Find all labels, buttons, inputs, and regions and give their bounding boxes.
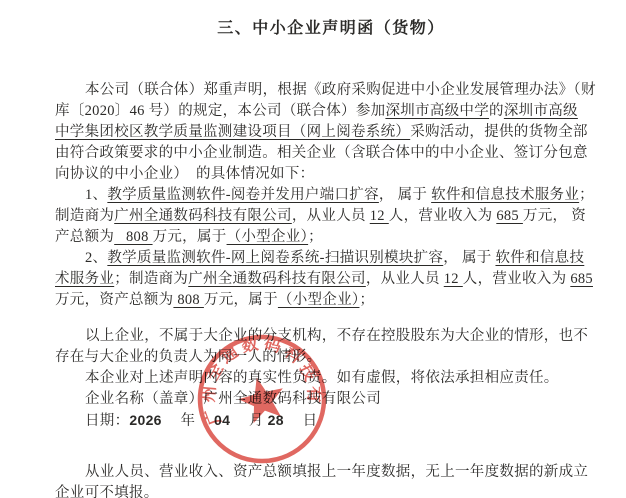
text-segment: 库〔2020〕46 号）的规定，本公司（联合体）参加	[55, 103, 385, 119]
text-segment: 由符合政策要求的中小企业制造。相关企业（含联合体中的中小企业、签订分包意	[55, 145, 588, 161]
underlined-value-segment: 教学质量监测软件-阅卷并发用户端口扩容	[107, 187, 379, 203]
text-segment: 万元， 资	[523, 208, 586, 224]
text-segment: ；	[579, 187, 594, 203]
text-segment: 的	[489, 103, 504, 119]
document-title: 三、中小企业声明函（货物）	[36, 15, 626, 38]
underlined-value-segment: （小型企业）	[278, 292, 360, 308]
text-line: 由符合政策要求的中小企业制造。相关企业（含联合体中的中小企业、签订分包意	[55, 143, 600, 164]
underlined-value-segment: 软件和信息技	[495, 250, 584, 266]
text-segment: 从业人员、营业收入、资产总额填报上一年度数据，无上一年度数据的新成立	[85, 464, 588, 480]
underlined-value-segment: 广州全通数码科技有限公司	[188, 271, 366, 287]
text-segment: 产总额为	[55, 229, 114, 245]
text-segment: ；	[359, 292, 374, 308]
underlined-value-segment: 术服务业	[55, 271, 114, 287]
bold-date-segment: 04	[214, 412, 230, 428]
text-segment: 以上企业，不属于大企业的分支机构，不存在控股股东为大企业的情形，也不	[85, 328, 588, 344]
text-segment: ，从业人员	[366, 271, 444, 287]
text-line: 存在与大企业的负责人为同一人的情形。	[55, 347, 600, 368]
underlined-value-segment: 808	[173, 292, 204, 308]
text-segment: ， 属于	[443, 250, 495, 266]
text-segment: ；	[308, 229, 323, 245]
text-segment: 1、	[85, 187, 107, 203]
text-segment: 企业名称（盖章）广州全通数码科技有限公司	[85, 391, 381, 407]
underlined-value-segment: 软件和信息技术服务业	[431, 187, 579, 203]
text-segment: 万元，资产总额为	[55, 292, 173, 308]
text-line: 制造商为广州全通数码科技有限公司，从业人员 12 人，营业收入为 685 万元，…	[55, 206, 600, 227]
text-line: 从业人员、营业收入、资产总额填报上一年度数据，无上一年度数据的新成立	[55, 462, 600, 483]
text-segment: ；制造商为	[114, 271, 188, 287]
text-segment: 采购活动，提供的货物全部	[410, 124, 588, 140]
underlined-value-segment: 广州全通数码科技有限公司	[114, 208, 292, 224]
text-line: 产总额为 808 万元，属于（小型企业）；	[55, 227, 600, 248]
text-segment: 万元，属于	[204, 292, 278, 308]
bold-date-segment: 28	[268, 412, 284, 428]
text-line: 企业名称（盖章）广州全通数码科技有限公司	[55, 389, 600, 410]
underlined-value-segment: 教学质量监测软件-网上阅卷系统-扫描识别模块扩容	[107, 250, 443, 266]
text-line: 万元，资产总额为 808 万元，属于（小型企业）；	[55, 290, 600, 311]
text-line: 库〔2020〕46 号）的规定，本公司（联合体）参加深圳市高级中学的深圳市高级	[55, 101, 600, 122]
underlined-value-segment: 中学集团校区教学质量监测建设项目（网上阅卷系统）	[55, 124, 410, 140]
text-line: 以上企业，不属于大企业的分支机构，不存在控股股东为大企业的情形，也不	[55, 326, 600, 347]
underlined-value-segment: 深圳市高级中学	[385, 103, 489, 119]
text-segment: ，从业人员	[292, 208, 370, 224]
declaration-document-page: 三、中小企业声明函（货物） 本公司（联合体）郑重声明，根据《政府采购促进中小企业…	[0, 0, 626, 498]
text-segment: 2、	[85, 250, 107, 266]
text-segment: 企业可不填报。	[55, 485, 159, 498]
text-segment: 本公司（联合体）郑重声明，根据《政府采购促进中小企业发展管理办法》（财	[85, 82, 596, 98]
text-segment: 制造商为	[55, 208, 114, 224]
underlined-value-segment: 685	[570, 271, 593, 287]
text-line: 中学集团校区教学质量监测建设项目（网上阅卷系统）采购活动，提供的货物全部	[55, 122, 600, 143]
text-line: 术服务业；制造商为广州全通数码科技有限公司，从业人员 12 人，营业收入为 68…	[55, 269, 600, 290]
underlined-value-segment: 12	[444, 271, 463, 287]
underlined-value-segment: 深圳市高级	[504, 103, 578, 119]
text-line: 2、教学质量监测软件-网上阅卷系统-扫描识别模块扩容， 属于 软件和信息技	[55, 248, 600, 269]
underlined-value-segment: （小型企业）	[227, 229, 309, 245]
text-line: 1、教学质量监测软件-阅卷并发用户端口扩容， 属于 软件和信息技术服务业；	[55, 185, 600, 206]
bold-date-segment: 2026	[129, 412, 161, 428]
text-segment: 存在与大企业的负责人为同一人的情形。	[55, 349, 321, 365]
text-segment: 日期：	[85, 413, 129, 429]
text-segment: ， 属于	[379, 187, 431, 203]
text-segment: 向协议的中小企业） 的具体情况如下：	[55, 166, 314, 182]
document-body: 本公司（联合体）郑重声明，根据《政府采购促进中小企业发展管理办法》（财库〔202…	[55, 80, 600, 498]
text-segment: 万元，属于	[153, 229, 227, 245]
underlined-value-segment: 685	[496, 208, 523, 224]
text-segment: 日	[284, 413, 318, 429]
text-line: 企业可不填报。	[55, 483, 600, 498]
text-segment: 人，营业收入为	[463, 271, 571, 287]
text-segment: 人，营业收入为	[389, 208, 497, 224]
text-line: 本公司（联合体）郑重声明，根据《政府采购促进中小企业发展管理办法》（财	[55, 80, 600, 101]
text-line: 向协议的中小企业） 的具体情况如下：	[55, 164, 600, 185]
text-line: 本企业对上述声明内容的真实性负责。如有虚假，将依法承担相应责任。	[55, 368, 600, 389]
text-segment: 年	[162, 413, 214, 429]
underlined-value-segment: 12	[370, 208, 389, 224]
text-segment: 本企业对上述声明内容的真实性负责。如有虚假，将依法承担相应责任。	[85, 370, 559, 386]
text-line: 日期：2026 年 04 月 28 日	[55, 410, 600, 431]
underlined-value-segment: 808	[114, 229, 152, 245]
text-segment: 月	[230, 413, 267, 429]
